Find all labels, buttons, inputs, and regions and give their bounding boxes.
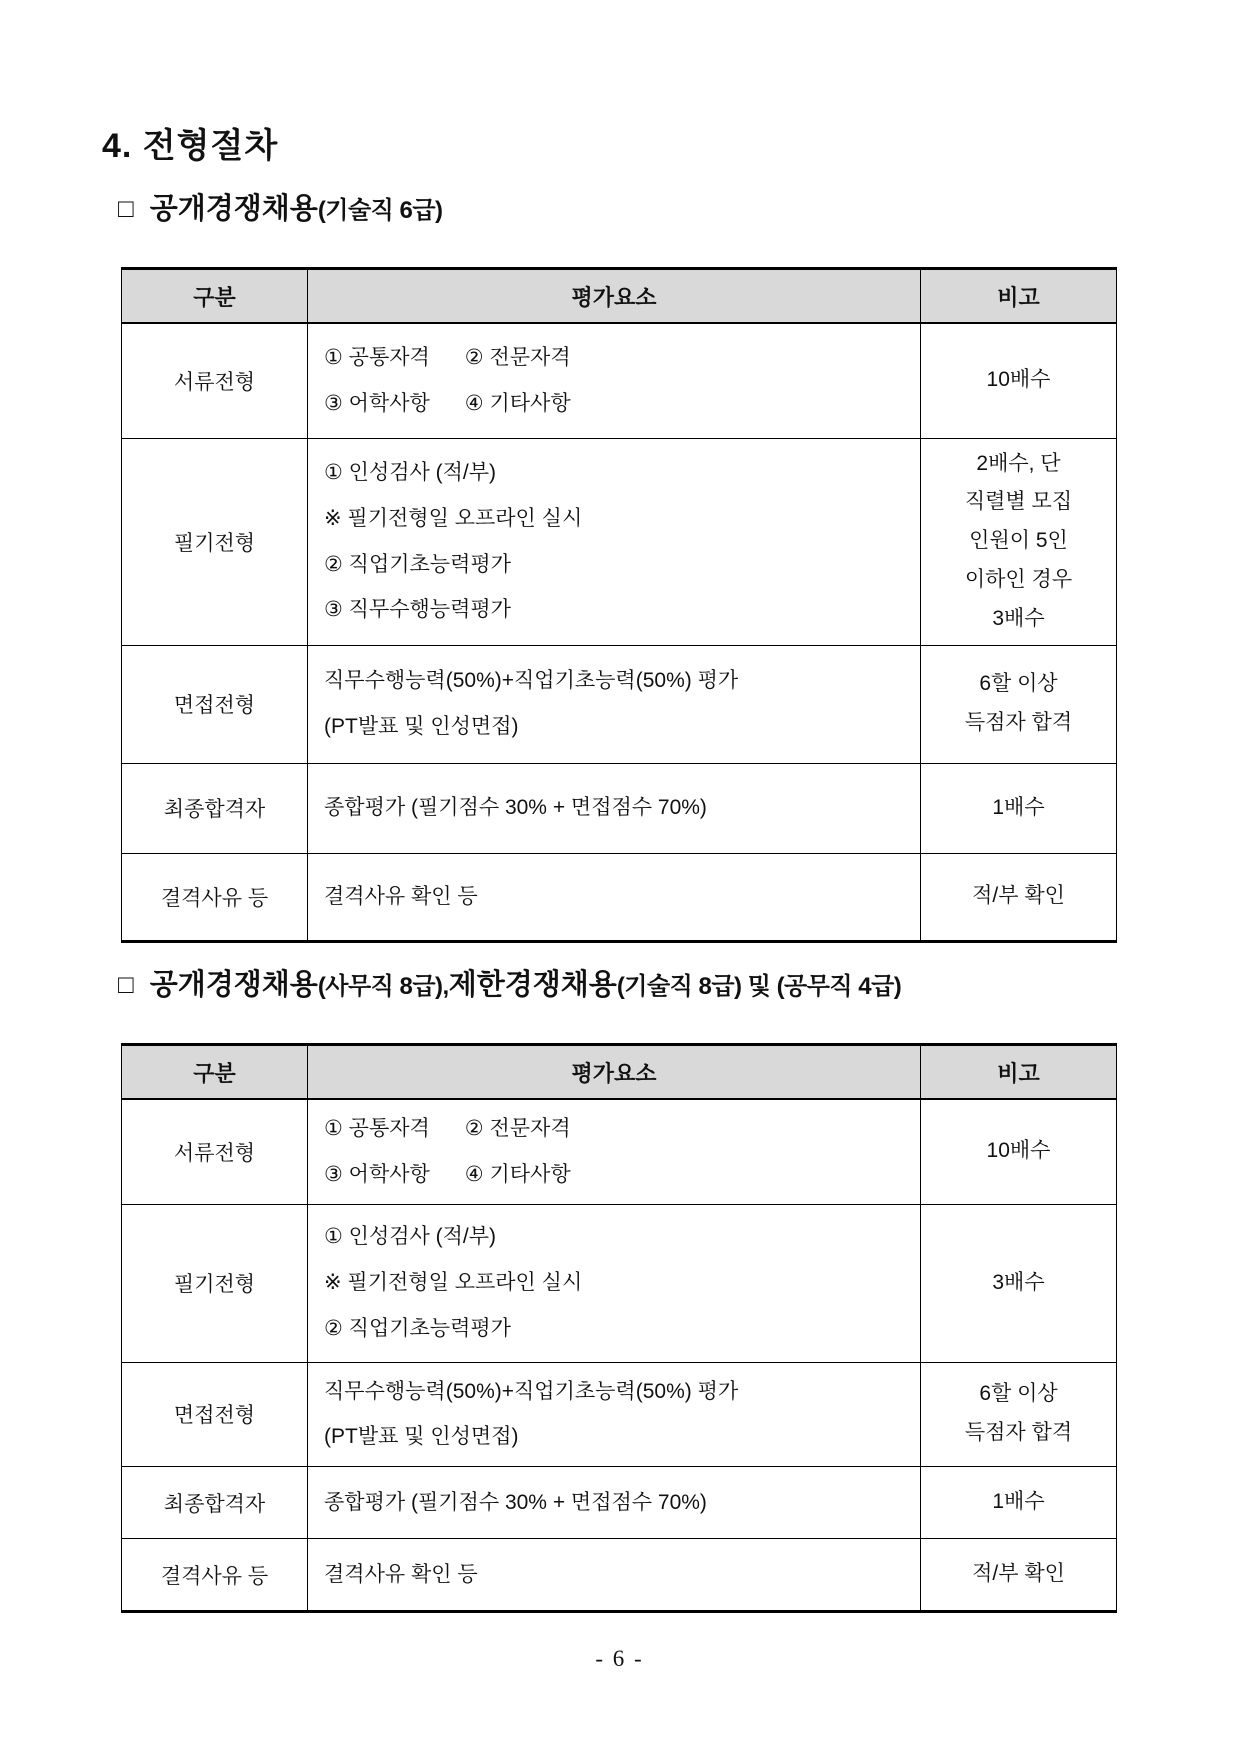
section-heading: □공개경쟁채용(기술직 6급) (118, 186, 1118, 228)
row-label: 결격사유 등 (122, 1539, 308, 1612)
table-row: 결격사유 등결격사유 확인 등적/부 확인 (122, 1539, 1117, 1612)
row-label: 최종합격자 (122, 763, 308, 853)
table-row: 결격사유 등결격사유 확인 등적/부 확인 (122, 853, 1117, 941)
selection-procedure-table: 구분평가요소비고서류전형① 공통자격 ② 전문자격 ③ 어학사항 ④ 기타사항1… (121, 267, 1117, 943)
section-1: □공개경쟁채용(기술직 6급)구분평가요소비고서류전형① 공통자격 ② 전문자격… (118, 186, 1118, 943)
remark-cell: 적/부 확인 (921, 1539, 1117, 1612)
column-header: 구분 (122, 269, 308, 324)
column-header: 비고 (921, 1045, 1117, 1100)
row-label: 면접전형 (122, 645, 308, 763)
table-head: 구분평가요소비고 (122, 269, 1117, 324)
table-row: 필기전형① 인성검사 (적/부) ※ 필기전형일 오프라인 실시 ② 직업기초능… (122, 438, 1117, 645)
table-row: 최종합격자종합평가 (필기점수 30% + 면접점수 70%)1배수 (122, 1467, 1117, 1539)
row-label: 서류전형 (122, 1099, 308, 1204)
section-heading-text: (기술직 8급) 및 (공무직 4급) (617, 966, 902, 1001)
evaluation-elements-cell: ① 인성검사 (적/부) ※ 필기전형일 오프라인 실시 ② 직업기초능력평가 (308, 1204, 921, 1362)
checkbox-square-icon: □ (118, 969, 134, 1000)
remark-cell: 2배수, 단 직렬별 모집 인원이 5인 이하인 경우 3배수 (921, 438, 1117, 645)
page-number: - 6 - (0, 1646, 1239, 1672)
header-row: 구분평가요소비고 (122, 269, 1117, 324)
section-heading-text: 공개경쟁채용 (150, 186, 318, 227)
document-page: 4. 전형절차 □공개경쟁채용(기술직 6급)구분평가요소비고서류전형① 공통자… (0, 0, 1239, 1752)
evaluation-elements-cell: ① 공통자격 ② 전문자격 ③ 어학사항 ④ 기타사항 (308, 1099, 921, 1204)
evaluation-elements-cell: ① 공통자격 ② 전문자격 ③ 어학사항 ④ 기타사항 (308, 323, 921, 438)
evaluation-elements-cell: ① 인성검사 (적/부) ※ 필기전형일 오프라인 실시 ② 직업기초능력평가 … (308, 438, 921, 645)
table-row: 필기전형① 인성검사 (적/부) ※ 필기전형일 오프라인 실시 ② 직업기초능… (122, 1204, 1117, 1362)
evaluation-elements-cell: 결격사유 확인 등 (308, 1539, 921, 1612)
selection-procedure-table: 구분평가요소비고서류전형① 공통자격 ② 전문자격 ③ 어학사항 ④ 기타사항1… (121, 1043, 1117, 1613)
row-label: 서류전형 (122, 323, 308, 438)
evaluation-elements-cell: 직무수행능력(50%)+직업기초능력(50%) 평가 (PT발표 및 인성면접) (308, 1362, 921, 1467)
table-row: 서류전형① 공통자격 ② 전문자격 ③ 어학사항 ④ 기타사항10배수 (122, 323, 1117, 438)
remark-cell: 1배수 (921, 763, 1117, 853)
column-header: 구분 (122, 1045, 308, 1100)
section-heading-text: (사무직 8급), (318, 966, 449, 1001)
evaluation-elements-cell: 종합평가 (필기점수 30% + 면접점수 70%) (308, 763, 921, 853)
table-body: 서류전형① 공통자격 ② 전문자격 ③ 어학사항 ④ 기타사항10배수필기전형①… (122, 1099, 1117, 1612)
table-row: 최종합격자종합평가 (필기점수 30% + 면접점수 70%)1배수 (122, 763, 1117, 853)
page-title: 4. 전형절차 (102, 118, 278, 167)
remark-cell: 3배수 (921, 1204, 1117, 1362)
row-label: 결격사유 등 (122, 853, 308, 941)
section-heading: □공개경쟁채용(사무직 8급), 제한경쟁채용(기술직 8급) 및 (공무직 4… (118, 962, 1118, 1004)
section-2: □공개경쟁채용(사무직 8급), 제한경쟁채용(기술직 8급) 및 (공무직 4… (118, 962, 1118, 1613)
remark-cell: 10배수 (921, 323, 1117, 438)
column-header: 평가요소 (308, 1045, 921, 1100)
evaluation-elements-cell: 종합평가 (필기점수 30% + 면접점수 70%) (308, 1467, 921, 1539)
section-heading-text: 공개경쟁채용 (150, 962, 318, 1003)
evaluation-elements-cell: 결격사유 확인 등 (308, 853, 921, 941)
remark-cell: 6할 이상 득점자 합격 (921, 645, 1117, 763)
checkbox-square-icon: □ (118, 193, 134, 224)
evaluation-elements-cell: 직무수행능력(50%)+직업기초능력(50%) 평가 (PT발표 및 인성면접) (308, 645, 921, 763)
table-body: 서류전형① 공통자격 ② 전문자격 ③ 어학사항 ④ 기타사항10배수필기전형①… (122, 323, 1117, 941)
section-heading-text: 제한경쟁채용 (449, 962, 617, 1003)
table-row: 면접전형직무수행능력(50%)+직업기초능력(50%) 평가 (PT발표 및 인… (122, 1362, 1117, 1467)
header-row: 구분평가요소비고 (122, 1045, 1117, 1100)
row-label: 필기전형 (122, 438, 308, 645)
table-row: 서류전형① 공통자격 ② 전문자격 ③ 어학사항 ④ 기타사항10배수 (122, 1099, 1117, 1204)
remark-cell: 6할 이상 득점자 합격 (921, 1362, 1117, 1467)
row-label: 면접전형 (122, 1362, 308, 1467)
table-head: 구분평가요소비고 (122, 1045, 1117, 1100)
row-label: 필기전형 (122, 1204, 308, 1362)
row-label: 최종합격자 (122, 1467, 308, 1539)
remark-cell: 적/부 확인 (921, 853, 1117, 941)
column-header: 평가요소 (308, 269, 921, 324)
table-row: 면접전형직무수행능력(50%)+직업기초능력(50%) 평가 (PT발표 및 인… (122, 645, 1117, 763)
remark-cell: 10배수 (921, 1099, 1117, 1204)
column-header: 비고 (921, 269, 1117, 324)
remark-cell: 1배수 (921, 1467, 1117, 1539)
section-heading-text: (기술직 6급) (318, 190, 443, 225)
